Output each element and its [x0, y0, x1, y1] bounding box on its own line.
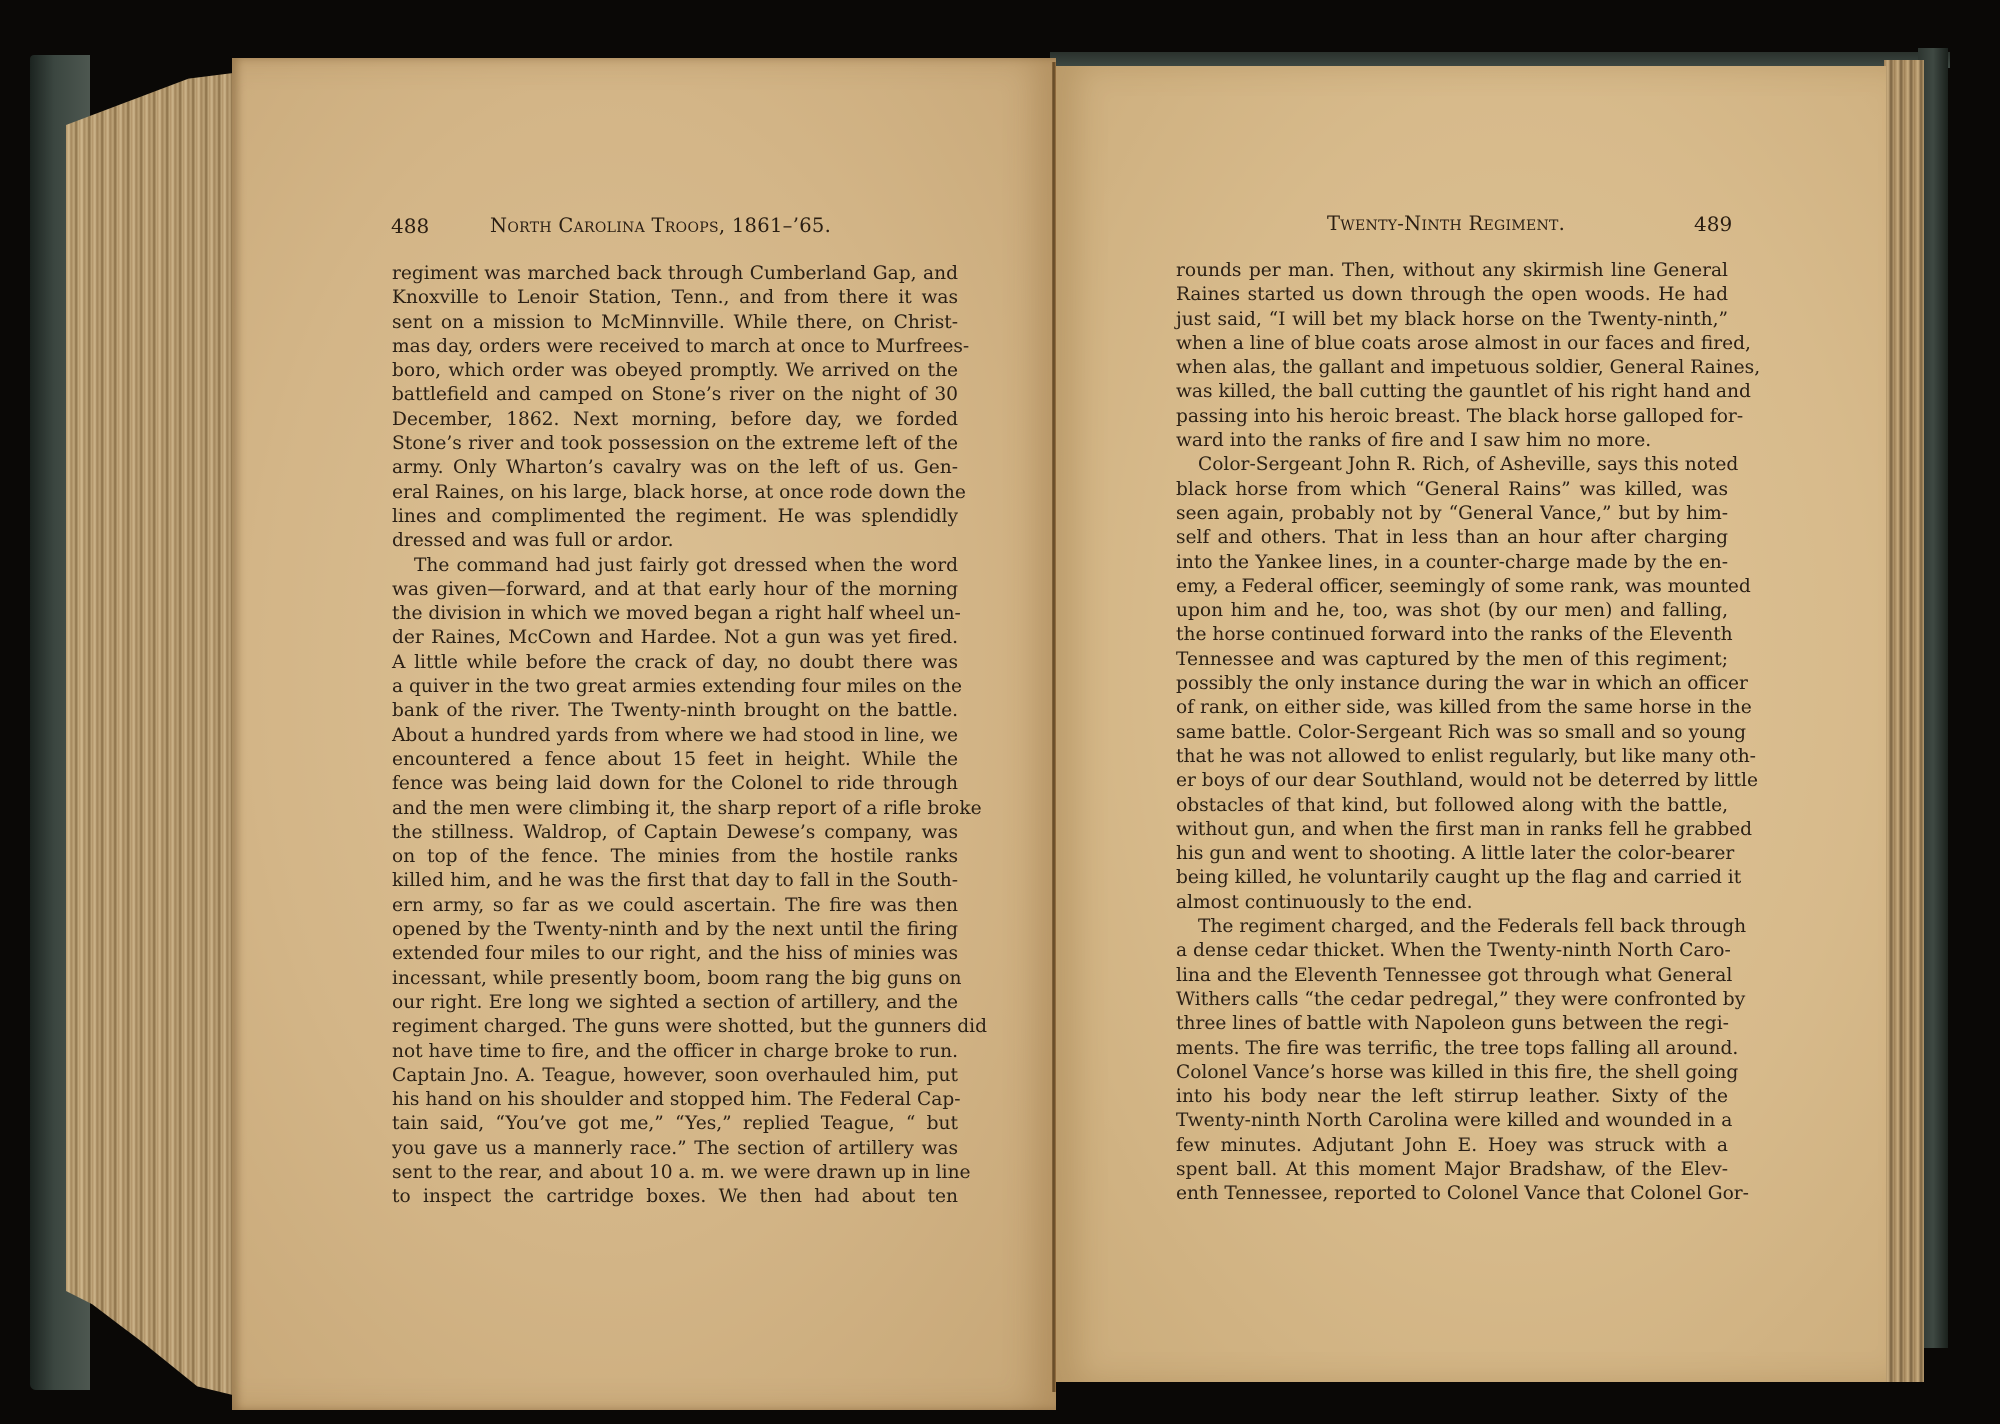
text-line: December, 1862. Next morning, before day…: [392, 408, 958, 432]
text-line: on top of the fence. The minies from the…: [392, 845, 958, 869]
text-line: few minutes. Adjutant John E. Hoey was s…: [1176, 1134, 1728, 1158]
left-page-body: regiment was marched back through Cumber…: [392, 262, 958, 1210]
page-number-left: 488: [391, 214, 429, 238]
text-line: when alas, the gallant and impetuous sol…: [1176, 356, 1728, 380]
text-line: The regiment charged, and the Federals f…: [1176, 915, 1728, 939]
text-line: possibly the only instance during the wa…: [1176, 672, 1728, 696]
text-line: Colonel Vance’s horse was killed in this…: [1176, 1061, 1728, 1085]
text-line: and the men were climbing it, the sharp …: [392, 797, 958, 821]
text-line: bank of the river. The Twenty-ninth brou…: [392, 699, 958, 723]
text-line: Withers calls “the cedar pedregal,” they…: [1176, 988, 1728, 1012]
text-line: incessant, while presently boom, boom ra…: [392, 967, 958, 991]
text-line: just said, “I will bet my black horse on…: [1176, 308, 1728, 332]
text-line: when a line of blue coats arose almost i…: [1176, 332, 1728, 356]
text-line: three lines of battle with Napoleon guns…: [1176, 1012, 1728, 1036]
text-line: without gun, and when the first man in r…: [1176, 818, 1728, 842]
text-line: the division in which we moved began a r…: [392, 602, 958, 626]
text-line: Color-Sergeant John R. Rich, of Ashevill…: [1176, 453, 1728, 477]
page-edges-left: [66, 72, 241, 1397]
text-line: sent to the rear, and about 10 a. m. we …: [392, 1161, 958, 1185]
text-line: self and others. That in less than an ho…: [1176, 526, 1728, 550]
text-line: battlefield and camped on Stone’s river …: [392, 383, 958, 407]
text-line: being killed, he voluntarily caught up t…: [1176, 866, 1728, 890]
text-line: black horse from which “General Rains” w…: [1176, 478, 1728, 502]
text-line: regiment was marched back through Cumber…: [392, 262, 958, 286]
page-edges-right: [1884, 60, 1924, 1382]
text-line: killed him, and he was the first that da…: [392, 869, 958, 893]
text-line: emy, a Federal officer, seemingly of som…: [1176, 575, 1728, 599]
text-line: a quiver in the two great armies extendi…: [392, 675, 958, 699]
text-line: you gave us a mannerly race.” The sectio…: [392, 1137, 958, 1161]
text-line: encountered a fence about 15 feet in hei…: [392, 748, 958, 772]
text-line: not have time to fire, and the officer i…: [392, 1040, 958, 1064]
text-line: was given—forward, and at that early hou…: [392, 578, 958, 602]
running-head-left-text: North Carolina Troops, 1861–’65.: [490, 214, 831, 237]
text-line: er boys of our dear Southland, would not…: [1176, 769, 1728, 793]
text-line: that he was not allowed to enlist regula…: [1176, 745, 1728, 769]
running-head-right-text: Twenty-Ninth Regiment.: [1327, 212, 1565, 235]
text-line: his hand on his shoulder and stopped him…: [392, 1088, 958, 1112]
text-line: almost continuously to the end.: [1176, 891, 1728, 915]
text-line: Captain Jno. A. Teague, however, soon ov…: [392, 1064, 958, 1088]
text-line: tain said, “You’ve got me,” “Yes,” repli…: [392, 1112, 958, 1136]
text-line: Twenty-ninth North Carolina were killed …: [1176, 1109, 1728, 1133]
text-line: sent on a mission to McMinnville. While …: [392, 311, 958, 335]
text-line: our right. Ere long we sighted a section…: [392, 991, 958, 1015]
book-gutter: [1052, 62, 1056, 1392]
text-line: der Raines, McCown and Hardee. Not a gun…: [392, 626, 958, 650]
text-line: a dense cedar thicket. When the Twenty-n…: [1176, 939, 1728, 963]
text-line: obstacles of that kind, but followed alo…: [1176, 794, 1728, 818]
text-line: fence was being laid down for the Colone…: [392, 772, 958, 796]
text-line: the horse continued forward into the ran…: [1176, 623, 1728, 647]
text-line: lines and complimented the regiment. He …: [392, 505, 958, 529]
text-line: extended four miles to our right, and th…: [392, 942, 958, 966]
page-number-right: 489: [1694, 212, 1732, 236]
text-line: Raines started us down through the open …: [1176, 283, 1728, 307]
text-line: spent ball. At this moment Major Bradsha…: [1176, 1158, 1728, 1182]
right-page-body: rounds per man. Then, without any skirmi…: [1176, 259, 1728, 1207]
running-head-right: Twenty-Ninth Regiment.: [1327, 212, 1565, 235]
text-line: was killed, the ball cutting the gauntle…: [1176, 380, 1728, 404]
text-line: dressed and was full or ardor.: [392, 529, 958, 553]
text-line: same battle. Color-Sergeant Rich was so …: [1176, 721, 1728, 745]
text-line: ern army, so far as we could ascertain. …: [392, 894, 958, 918]
running-head-left: North Carolina Troops, 1861–’65.: [490, 214, 831, 237]
text-line: eral Raines, on his large, black horse, …: [392, 481, 958, 505]
text-line: ward into the ranks of fire and I saw hi…: [1176, 429, 1728, 453]
text-line: ments. The fire was terrific, the tree t…: [1176, 1037, 1728, 1061]
text-line: Stone’s river and took possession on the…: [392, 432, 958, 456]
text-line: passing into his heroic breast. The blac…: [1176, 405, 1728, 429]
text-line: his gun and went to shooting. A little l…: [1176, 842, 1728, 866]
text-line: regiment charged. The guns were shotted,…: [392, 1015, 958, 1039]
text-line: to inspect the cartridge boxes. We then …: [392, 1185, 958, 1209]
text-line: upon him and he, too, was shot (by our m…: [1176, 599, 1728, 623]
text-line: into his body near the left stirrup leat…: [1176, 1085, 1728, 1109]
text-line: of rank, on either side, was killed from…: [1176, 696, 1728, 720]
text-line: Knoxville to Lenoir Station, Tenn., and …: [392, 286, 958, 310]
text-line: enth Tennessee, reported to Colonel Vanc…: [1176, 1182, 1728, 1206]
text-line: the stillness. Waldrop, of Captain Dewes…: [392, 821, 958, 845]
text-line: army. Only Wharton’s cavalry was on the …: [392, 456, 958, 480]
text-line: rounds per man. Then, without any skirmi…: [1176, 259, 1728, 283]
text-line: The command had just fairly got dressed …: [392, 554, 958, 578]
text-line: boro, which order was obeyed promptly. W…: [392, 359, 958, 383]
text-line: lina and the Eleventh Tennessee got thro…: [1176, 964, 1728, 988]
text-line: into the Yankee lines, in a counter-char…: [1176, 551, 1728, 575]
text-line: opened by the Twenty-ninth and by the ne…: [392, 918, 958, 942]
text-line: mas day, orders were received to march a…: [392, 335, 958, 359]
text-line: seen again, probably not by “General Van…: [1176, 502, 1728, 526]
text-line: Tennessee and was captured by the men of…: [1176, 648, 1728, 672]
text-line: A little while before the crack of day, …: [392, 651, 958, 675]
text-line: About a hundred yards from where we had …: [392, 724, 958, 748]
